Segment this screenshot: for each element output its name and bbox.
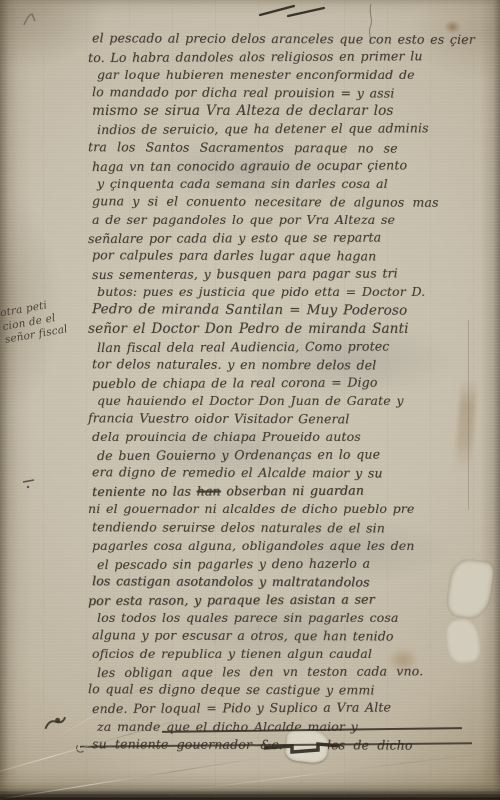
manuscript-line: haga vn tan conocido agrauio de ocupar ç… [92, 156, 474, 176]
manuscript-page: el pescado al precio delos aranceles que… [0, 0, 500, 800]
manuscript-line-with-correction: teniente no las han obserban ni guardan [92, 481, 474, 501]
dash-dot-mark-icon [22, 478, 38, 490]
manuscript-line: tor delos naturales. y en nombre delos d… [92, 355, 474, 375]
crease-line [468, 320, 469, 510]
manuscript-line: los todos los quales parece sin pagarles… [97, 609, 474, 627]
manuscript-line: los castigan asotandolos y maltratandolo… [92, 572, 474, 592]
manuscript-line: alguna y por escusar a otros, que han te… [92, 626, 474, 646]
manuscript-line: francia Vuestro oidor Visitador General [88, 409, 474, 429]
manuscript-line: sus sementeras, y busquen para pagar sus… [92, 264, 474, 284]
manuscript-line: ni el gouernador ni alcaldes de dicho pu… [88, 500, 474, 518]
manuscript-line: tra los Santos Sacramentos paraque no se [88, 138, 474, 158]
manuscript-line: señalare por cada dia y esto que se repa… [88, 228, 474, 248]
manuscript-line: to. Lo habra dandoles alos religiosos en… [88, 47, 474, 67]
manuscript-line: por esta rason, y paraque les asistan a … [88, 590, 474, 610]
manuscript-line: guna y si el conuento necesitare de algu… [92, 192, 474, 212]
manuscript-line: indios de seruicio, que ha detener el qu… [97, 119, 474, 139]
manuscript-line: que hauiendo el Doctor Don Juan de Garat… [97, 392, 474, 410]
ink-stroke-top-icon [258, 3, 328, 19]
pen-scratch-icon [366, 4, 376, 44]
manuscript-line: por calpules para darles lugar aque haga… [92, 246, 474, 266]
manuscript-line: pueblo de chiapa de la real corona = Dig… [92, 373, 474, 393]
manuscript-line: el pescado al precio delos aranceles que… [92, 29, 474, 49]
manuscript-line: gar loque hubieren menester enconformida… [97, 66, 474, 84]
ink-smear-icon [262, 740, 344, 756]
struck-word: han [197, 484, 221, 499]
manuscript-line: señor el Doctor Don Pedro de miranda San… [88, 320, 474, 338]
manuscript-line: de buen Gouierno y Ordenanças en lo que [97, 445, 474, 465]
manuscript-line: a de ser pagandoles lo que por Vra Altez… [92, 211, 474, 229]
line-text: obserban ni guardan [221, 483, 364, 499]
stain-spot [388, 648, 418, 672]
manuscript-line: lo mandado por dicha real prouision = y … [92, 83, 474, 103]
line-text: teniente no las [92, 484, 197, 500]
pencil-mark-icon [22, 12, 40, 28]
manuscript-line: tendiendo seruirse delos naturales de el… [92, 518, 474, 538]
manuscript-line: dela prouincia de chiapa Proueido autos [92, 428, 474, 446]
manuscript-line: Pedro de miranda Santilan = Muy Poderoso [92, 301, 474, 321]
manuscript-line: mismo se sirua Vra Alteza de declarar lo… [92, 102, 474, 120]
manuscript-line: el pescado sin pagarles y deno hazerlo a [97, 554, 474, 574]
manuscript-line: ende. Por loqual = Pido y Suplico a Vra … [92, 698, 474, 718]
manuscript-line: llan fiscal dela real Audiencia, Como pr… [97, 337, 474, 357]
manuscript-text: el pescado al precio delos aranceles que… [92, 30, 474, 754]
stain-spot [444, 20, 461, 34]
manuscript-line: pagarles cosa alguna, obligandoles aque … [92, 537, 474, 555]
manuscript-line: era digno de remedio el Alcalde maior y … [92, 463, 474, 483]
manuscript-line: butos: pues es justicia que pido etta = … [97, 283, 474, 301]
manuscript-line: y çinquenta cada semana sin darles cosa … [97, 175, 474, 193]
